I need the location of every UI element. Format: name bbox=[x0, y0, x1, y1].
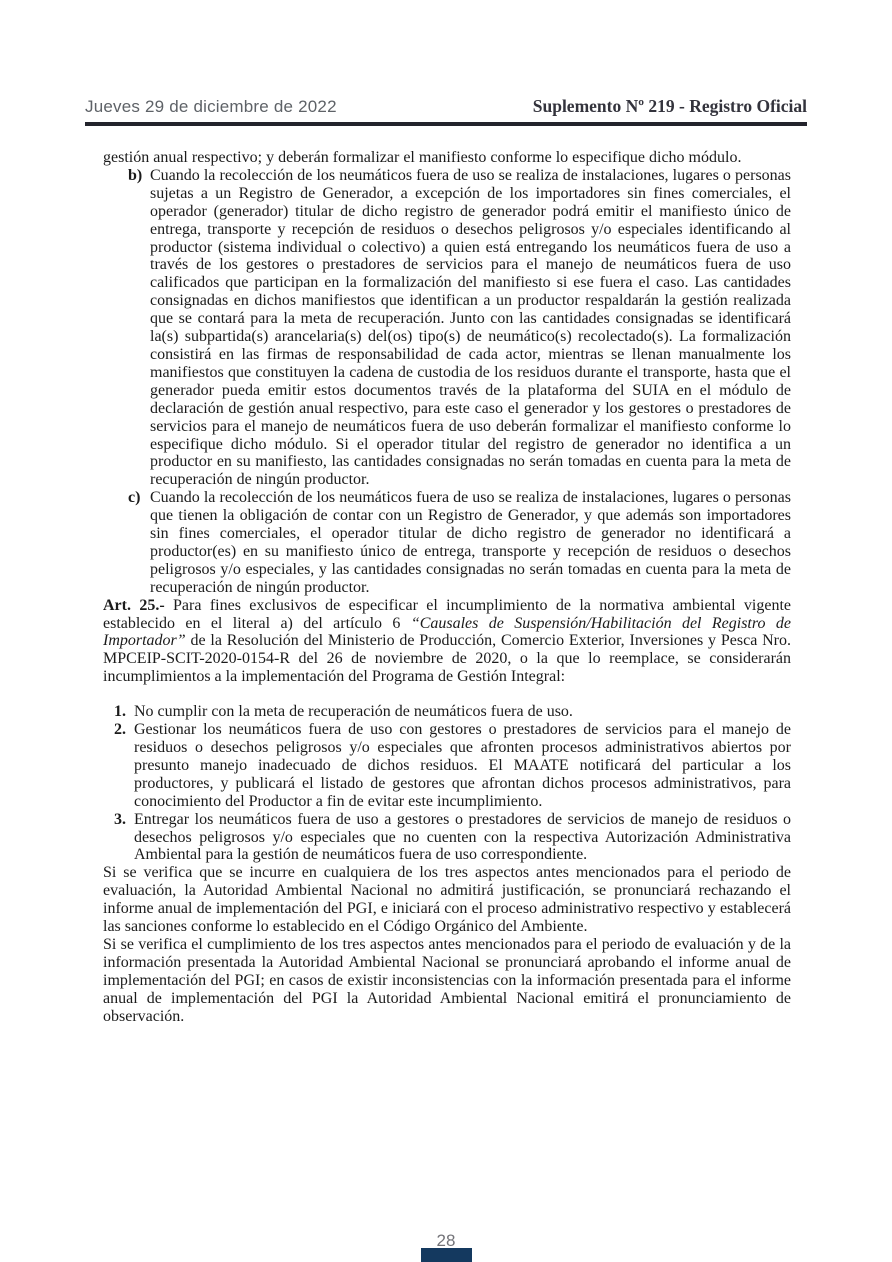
numbered-item-1: 1. No cumplir con la meta de recuperació… bbox=[103, 703, 791, 721]
numbered-item-2-label: 2. bbox=[114, 721, 126, 739]
lettered-item-c-text: Cuando la recolección de los neumáticos … bbox=[150, 489, 791, 596]
header-rule-divider bbox=[85, 122, 807, 126]
numbered-item-1-label: 1. bbox=[114, 703, 126, 721]
lettered-item-b-text: Cuando la recolección de los neumáticos … bbox=[150, 167, 791, 489]
lettered-item-b-label: b) bbox=[128, 167, 142, 185]
numbered-item-3: 3. Entregar los neumáticos fuera de uso … bbox=[103, 811, 791, 865]
numbered-item-2: 2. Gestionar los neumáticos fuera de uso… bbox=[103, 721, 791, 811]
numbered-item-3-label: 3. bbox=[114, 811, 126, 829]
lettered-item-c-label: c) bbox=[128, 489, 140, 507]
header-date: Jueves 29 de diciembre de 2022 bbox=[85, 97, 337, 117]
numbered-item-2-text: Gestionar los neumáticos fuera de uso co… bbox=[134, 721, 791, 811]
header-edition: Suplemento Nº 219 - Registro Oficial bbox=[533, 96, 807, 117]
closing-paragraph-approval: Si se verifica el cumplimiento de los tr… bbox=[103, 936, 791, 1026]
lettered-item-b: b) Cuando la recolección de los neumátic… bbox=[103, 167, 791, 489]
numbered-item-1-text: No cumplir con la meta de recuperación d… bbox=[134, 703, 791, 721]
page-header: Jueves 29 de diciembre de 2022 Suplement… bbox=[85, 96, 807, 117]
article-25-text-after-italic: de la Resolución del Ministerio de Produ… bbox=[103, 632, 791, 685]
numbered-item-3-text: Entregar los neumáticos fuera de uso a g… bbox=[134, 811, 791, 865]
continuation-paragraph: gestión anual respectivo; y deberán form… bbox=[103, 149, 791, 167]
article-25-paragraph: Art. 25.- Para fines exclusivos de espec… bbox=[103, 597, 791, 687]
lettered-item-c: c) Cuando la recolección de los neumátic… bbox=[103, 489, 791, 596]
numbered-list: 1. No cumplir con la meta de recuperació… bbox=[103, 703, 791, 864]
closing-paragraph-rejection: Si se verifica que se incurre en cualqui… bbox=[103, 864, 791, 936]
document-body: gestión anual respectivo; y deberán form… bbox=[103, 149, 791, 1026]
article-25-label: Art. 25.- bbox=[103, 597, 165, 614]
footer-accent-bar bbox=[421, 1248, 472, 1262]
